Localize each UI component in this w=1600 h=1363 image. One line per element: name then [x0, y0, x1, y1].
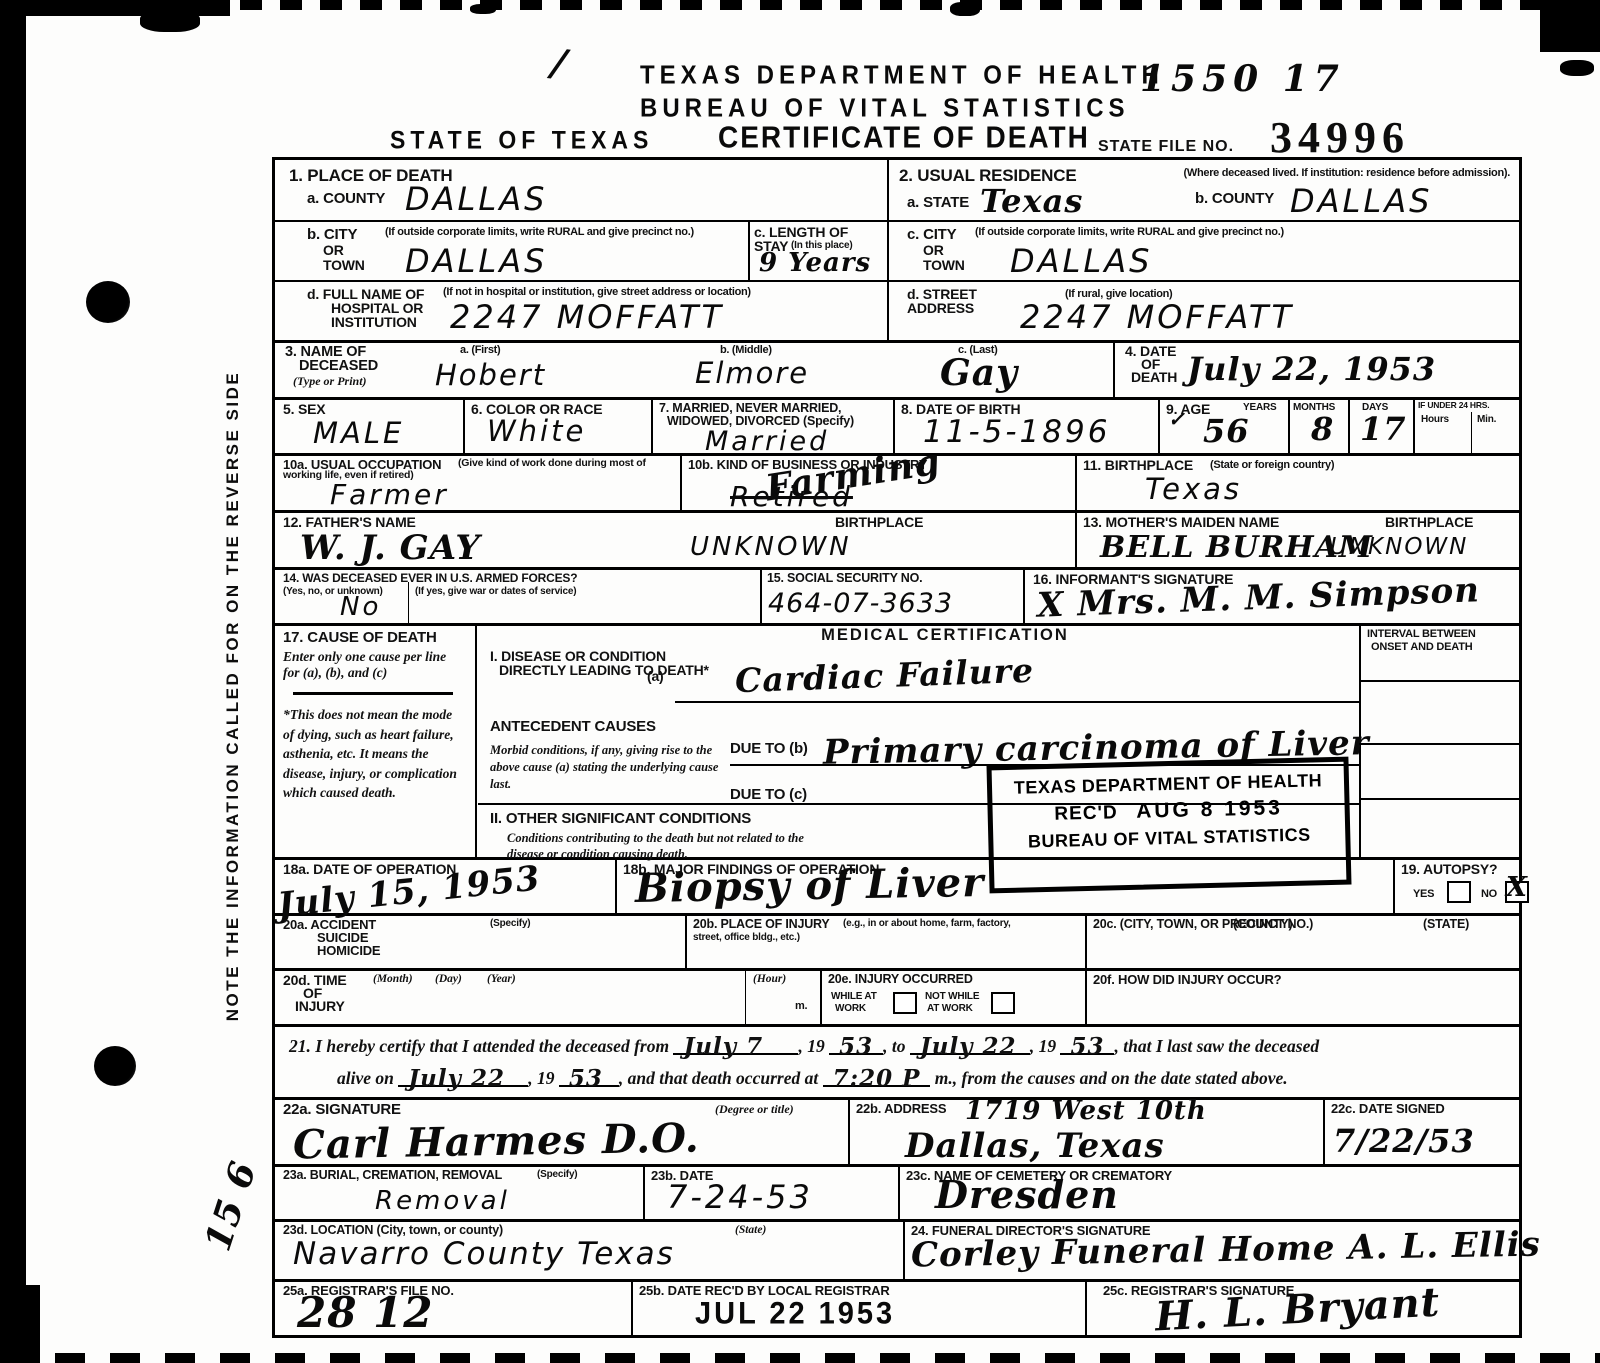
accident-label3: HOMICIDE — [317, 943, 380, 958]
antecedent-label: ANTECEDENT CAUSES — [490, 718, 656, 735]
burial-label: 23a. BURIAL, CREMATION, REMOVAL — [283, 1168, 502, 1182]
burial-date-value: 7-24-53 — [667, 1178, 813, 1216]
sex-label: 5. SEX — [283, 401, 325, 417]
rule — [745, 968, 746, 1024]
physician-signature-label: 22a. SIGNATURE — [283, 1101, 401, 1118]
cause-a-value: Cardiac Failure — [734, 651, 1034, 700]
rule — [651, 397, 653, 453]
rule — [1158, 397, 1160, 453]
rule — [408, 582, 409, 623]
rule — [1393, 857, 1395, 913]
certify-from-year: 53 — [829, 1041, 883, 1055]
rule — [275, 220, 1519, 222]
scan-noise — [0, 0, 1600, 10]
while-at-work-label1: WHILE AT — [831, 991, 877, 1002]
certify-alive-year: 53 — [559, 1073, 619, 1087]
date-recd-stamp-value: JUL 22 1953 — [695, 1297, 895, 1333]
date-signed-label: 22c. DATE SIGNED — [1331, 1101, 1445, 1116]
stamp-line3: BUREAU OF VITAL STATISTICS — [993, 824, 1345, 854]
name-label3: (Type or Print) — [293, 374, 367, 389]
certify-death-time: 7:20 P — [823, 1073, 931, 1087]
autopsy-no-mark: X — [1506, 872, 1528, 903]
header-certificate-title: CERTIFICATE OF DEATH — [718, 121, 1090, 156]
rule — [275, 1279, 1519, 1282]
city-paren: (If outside corporate limits, write RURA… — [385, 226, 730, 238]
certify-line1: 21. I hereby certify that I attended the… — [289, 1036, 1319, 1057]
rule — [1359, 798, 1519, 800]
physician-address-line1: 1719 West 10th — [965, 1096, 1207, 1126]
registrar-file-value: 28 12 — [297, 1288, 434, 1337]
occupation-value: Farmer — [330, 478, 449, 511]
scan-noise — [950, 2, 980, 16]
certify-line2: alive on July 22, 19 53, and that death … — [337, 1068, 1288, 1089]
rule — [1085, 968, 1087, 1024]
while-at-work-label2: WORK — [835, 1003, 866, 1014]
race-value: White — [487, 414, 586, 448]
ssn-value: 464-07-3633 — [768, 588, 953, 619]
injury-hour-label: (Hour) — [753, 973, 786, 985]
hospital-value: 2247 MOFFATT — [450, 298, 724, 336]
rule — [1085, 913, 1087, 968]
hole-punch — [94, 1046, 136, 1086]
rule — [1471, 412, 1472, 453]
stamp-line1: TEXAS DEPARTMENT OF HEALTH — [992, 770, 1344, 800]
stamp-recd: REC'D — [1054, 802, 1118, 825]
rule — [475, 623, 477, 857]
rule — [275, 913, 1519, 916]
rule — [615, 857, 617, 913]
rule — [903, 1219, 905, 1279]
rule — [1113, 340, 1115, 397]
rule — [293, 692, 453, 695]
scan-noise — [0, 1285, 40, 1363]
physician-signature-value: Carl Harmes D.O. — [293, 1114, 700, 1168]
age-check-mark: ✓ — [1168, 407, 1186, 431]
rule — [893, 397, 895, 453]
sex-value: MALE — [313, 416, 404, 450]
autopsy-yes-checkbox — [1447, 881, 1471, 903]
not-while-checkbox — [991, 992, 1015, 1014]
scan-noise — [1540, 0, 1600, 52]
hospital-label3: INSTITUTION — [331, 314, 417, 330]
rule — [685, 913, 687, 968]
age-under24-label: IF UNDER 24 HRS. — [1418, 400, 1489, 410]
other-conditions-note: Conditions contributing to the death but… — [507, 830, 837, 863]
rule — [680, 453, 682, 510]
certify-text: m., from the causes and on the date stat… — [935, 1068, 1288, 1088]
residence-city-paren: (If outside corporate limits, write RURA… — [975, 226, 1455, 238]
margin-note: NOTE THE INFORMATION CALLED FOR ON THE R… — [223, 301, 249, 1091]
autopsy-yes-label: YES — [1413, 888, 1434, 900]
certify-from-date: July 7 — [673, 1041, 798, 1055]
rule — [1323, 1097, 1325, 1164]
certificate-form: 1. PLACE OF DEATH a. COUNTY DALLAS b. CI… — [272, 157, 1522, 1338]
hospital-paren: (If not in hospital or institution, give… — [443, 286, 751, 298]
header-bureau: BUREAU OF VITAL STATISTICS — [640, 94, 1115, 124]
due-to-b-tag: DUE TO (b) — [730, 740, 808, 757]
age-days-value: 17 — [1360, 410, 1407, 448]
injury-county-label: (COUNTY) — [1233, 917, 1293, 931]
burial-value: Removal — [375, 1186, 510, 1216]
injury-state-label: (STATE) — [1423, 917, 1469, 931]
autopsy-label: 19. AUTOPSY? — [1401, 861, 1497, 877]
city-town: TOWN — [323, 257, 365, 273]
birthplace-label: 11. BIRTHPLACE — [1083, 457, 1193, 473]
father-birthplace-value: UNKNOWN — [690, 532, 852, 562]
certify-to-year: 53 — [1060, 1041, 1114, 1055]
rule — [760, 567, 762, 623]
not-while-label1: NOT WHILE — [925, 991, 979, 1002]
date-signed-value: 7/22/53 — [1333, 1122, 1475, 1160]
physician-address-line2: Dallas, Texas — [905, 1126, 1165, 1166]
certify-text: , to — [883, 1036, 905, 1056]
rule — [1085, 1279, 1087, 1335]
certify-text: 21. I hereby certify that I attended the… — [289, 1036, 669, 1056]
county-value: DALLAS — [405, 180, 547, 218]
rule — [643, 1164, 645, 1219]
first-name-label: a. (First) — [460, 344, 500, 356]
burial-location-label: 23d. LOCATION (City, town, or county) — [283, 1223, 503, 1237]
residence-county-value: DALLAS — [1290, 182, 1432, 220]
not-while-label2: AT WORK — [927, 1003, 973, 1014]
rule — [275, 968, 1519, 971]
rule — [275, 1097, 1519, 1100]
father-name-value: W. J. GAY — [300, 528, 481, 568]
due-to-c-tag: DUE TO (c) — [730, 786, 807, 803]
cause-of-death-label: 17. CAUSE OF DEATH — [283, 629, 437, 646]
mother-birthplace-label: BIRTHPLACE — [1385, 514, 1473, 530]
cause-note1: Enter only one cause per line for (a), (… — [283, 649, 465, 681]
scan-noise — [1560, 60, 1594, 76]
first-name-value: Hobert — [435, 358, 546, 392]
rule — [275, 1219, 1519, 1222]
industry-value-struck: Retired — [730, 480, 853, 513]
birthplace-value: Texas — [1145, 472, 1242, 506]
scan-noise — [0, 0, 26, 1363]
scan-noise — [0, 1353, 1600, 1363]
disease-label2: DIRECTLY LEADING TO DEATH* — [499, 662, 709, 678]
armed-forces-paren2: (If yes, give war or dates of service) — [415, 586, 576, 597]
residence-city-value: DALLAS — [1010, 242, 1152, 280]
name-label2: DECEASED — [299, 358, 378, 374]
rule — [275, 280, 1519, 282]
length-of-stay-value: 9 Years — [759, 248, 871, 278]
received-stamp: TEXAS DEPARTMENT OF HEALTH REC'D AUG 8 1… — [986, 757, 1351, 894]
age-months-value: 8 — [1311, 410, 1334, 448]
county-label: a. COUNTY — [307, 190, 385, 207]
state-file-no-label: STATE FILE NO. — [1098, 138, 1234, 156]
last-name-value: Gay — [940, 352, 1018, 394]
father-birthplace-label: BIRTHPLACE — [835, 514, 923, 530]
state-file-no-value: 34996 — [1270, 112, 1410, 163]
certify-text: , and that death occurred at — [619, 1068, 818, 1088]
state-value: Texas — [980, 182, 1083, 220]
operation-findings-value: Biopsy of Liver — [635, 859, 985, 912]
header-department: TEXAS DEPARTMENT OF HEALTH — [640, 61, 1115, 91]
usual-residence-paren: (Where deceased lived. If institution: r… — [1090, 167, 1510, 179]
ssn-label: 15. SOCIAL SECURITY NO. — [767, 571, 922, 585]
marital-label1: 7. MARRIED, NEVER MARRIED, — [659, 401, 841, 415]
armed-forces-label: 14. WAS DECEASED EVER IN U.S. ARMED FORC… — [283, 571, 577, 585]
disease-a-tag: (a) — [647, 668, 664, 684]
residence-city-or: OR — [923, 242, 944, 258]
place-of-injury-paren: (e.g., in or about home, farm, factory, … — [693, 917, 1023, 945]
how-injury-label: 20f. HOW DID INJURY OCCUR? — [1093, 972, 1281, 987]
injury-occurred-label: 20e. INJURY OCCURRED — [828, 972, 973, 986]
autopsy-no-label: NO — [1481, 888, 1497, 900]
age-min-label: Min. — [1477, 414, 1496, 425]
residence-city-label: c. CITY — [907, 226, 956, 243]
stamp-date: AUG 8 1953 — [1136, 796, 1283, 823]
residence-county-label: b. COUNTY — [1195, 190, 1274, 207]
burial-location-value: Navarro County Texas — [293, 1236, 675, 1272]
medical-certification-title: MEDICAL CERTIFICATION — [695, 626, 1195, 645]
marital-value: Married — [705, 426, 829, 457]
rule — [1023, 567, 1025, 623]
certify-text: , 19 — [528, 1068, 554, 1088]
dob-value: 11-5-1896 — [923, 414, 1110, 450]
injury-day-label: (Day) — [435, 973, 462, 985]
mother-name-label: 13. MOTHER'S MAIDEN NAME — [1083, 514, 1279, 530]
rule — [1348, 397, 1350, 453]
accident-paren: (Specify) — [490, 918, 530, 929]
city-value: DALLAS — [405, 242, 547, 280]
middle-name-value: Elmore — [695, 356, 809, 390]
scan-noise — [470, 4, 496, 14]
city-or: OR — [323, 242, 344, 258]
morbid-note: Morbid conditions, if any, giving rise t… — [490, 742, 722, 793]
state-label: a. STATE — [907, 194, 969, 211]
physician-address-label: 22b. ADDRESS — [856, 1101, 946, 1116]
scan-noise — [140, 10, 200, 32]
rule — [1359, 680, 1519, 682]
certify-to-date: July 22 — [910, 1041, 1030, 1055]
rule — [1075, 510, 1077, 567]
rule — [275, 510, 1519, 513]
header-tick-mark: / — [549, 39, 570, 86]
rule — [275, 1024, 1519, 1027]
rule — [898, 1164, 900, 1219]
while-at-work-checkbox — [893, 992, 917, 1014]
age-years-value: 56 — [1203, 412, 1250, 450]
rule — [1413, 397, 1415, 453]
armed-forces-value: No — [340, 592, 381, 622]
middle-name-label: b. (Middle) — [720, 344, 772, 356]
certify-text: alive on — [337, 1068, 394, 1088]
certify-text: , 19 — [798, 1036, 824, 1056]
rule — [887, 160, 889, 340]
scanned-death-certificate: NOTE THE INFORMATION CALLED FOR ON THE R… — [0, 0, 1600, 1363]
rule — [1359, 743, 1519, 745]
burial-location-state-label: (State) — [735, 1224, 766, 1236]
interval-label2: ONSET AND DEATH — [1371, 641, 1473, 653]
injury-month-label: (Month) — [373, 973, 413, 985]
rule — [275, 397, 1519, 400]
city-label: b. CITY — [307, 226, 357, 243]
mother-birthplace-value: UNKNOWN — [1330, 534, 1468, 560]
header-state-of-texas: STATE OF TEXAS — [390, 126, 653, 155]
age-hours-label: Hours — [1421, 414, 1449, 425]
birthplace-paren: (State or foreign country) — [1210, 459, 1334, 471]
injury-m-label: m. — [795, 1000, 807, 1012]
hole-punch — [86, 281, 130, 323]
other-conditions-label: II. OTHER SIGNIFICANT CONDITIONS — [490, 810, 751, 827]
rule — [463, 397, 465, 453]
rule — [1288, 397, 1290, 453]
injury-year-label: (Year) — [487, 973, 516, 985]
rule — [748, 220, 750, 280]
certify-alive-date: July 22 — [398, 1073, 528, 1087]
rule — [848, 1097, 850, 1164]
date-of-death-value: July 22, 1953 — [1187, 350, 1436, 388]
date-of-death-label3: DEATH — [1131, 369, 1177, 385]
certify-text: , that I last saw the deceased — [1114, 1036, 1319, 1056]
street-label2: ADDRESS — [907, 300, 974, 316]
rule — [675, 701, 1359, 703]
street-value: 2247 MOFFATT — [1020, 298, 1294, 336]
corner-annotation: 15 6 — [197, 1156, 265, 1256]
residence-city-town: TOWN — [923, 257, 965, 273]
certify-text: , 19 — [1030, 1036, 1056, 1056]
header-handwritten-number: 1550 17 — [1140, 58, 1345, 100]
rule — [1075, 453, 1077, 510]
rule — [631, 1279, 633, 1335]
time-of-injury-label3: INJURY — [295, 998, 345, 1014]
interval-label1: INTERVAL BETWEEN — [1367, 628, 1476, 640]
cause-note2: *This does not mean the mode of dying, s… — [283, 705, 465, 803]
rule — [820, 968, 822, 1024]
cemetery-value: Dresden — [935, 1172, 1119, 1217]
burial-paren: (Specify) — [537, 1169, 577, 1180]
degree-title-paren: (Degree or title) — [715, 1102, 794, 1117]
rule — [275, 340, 1519, 343]
